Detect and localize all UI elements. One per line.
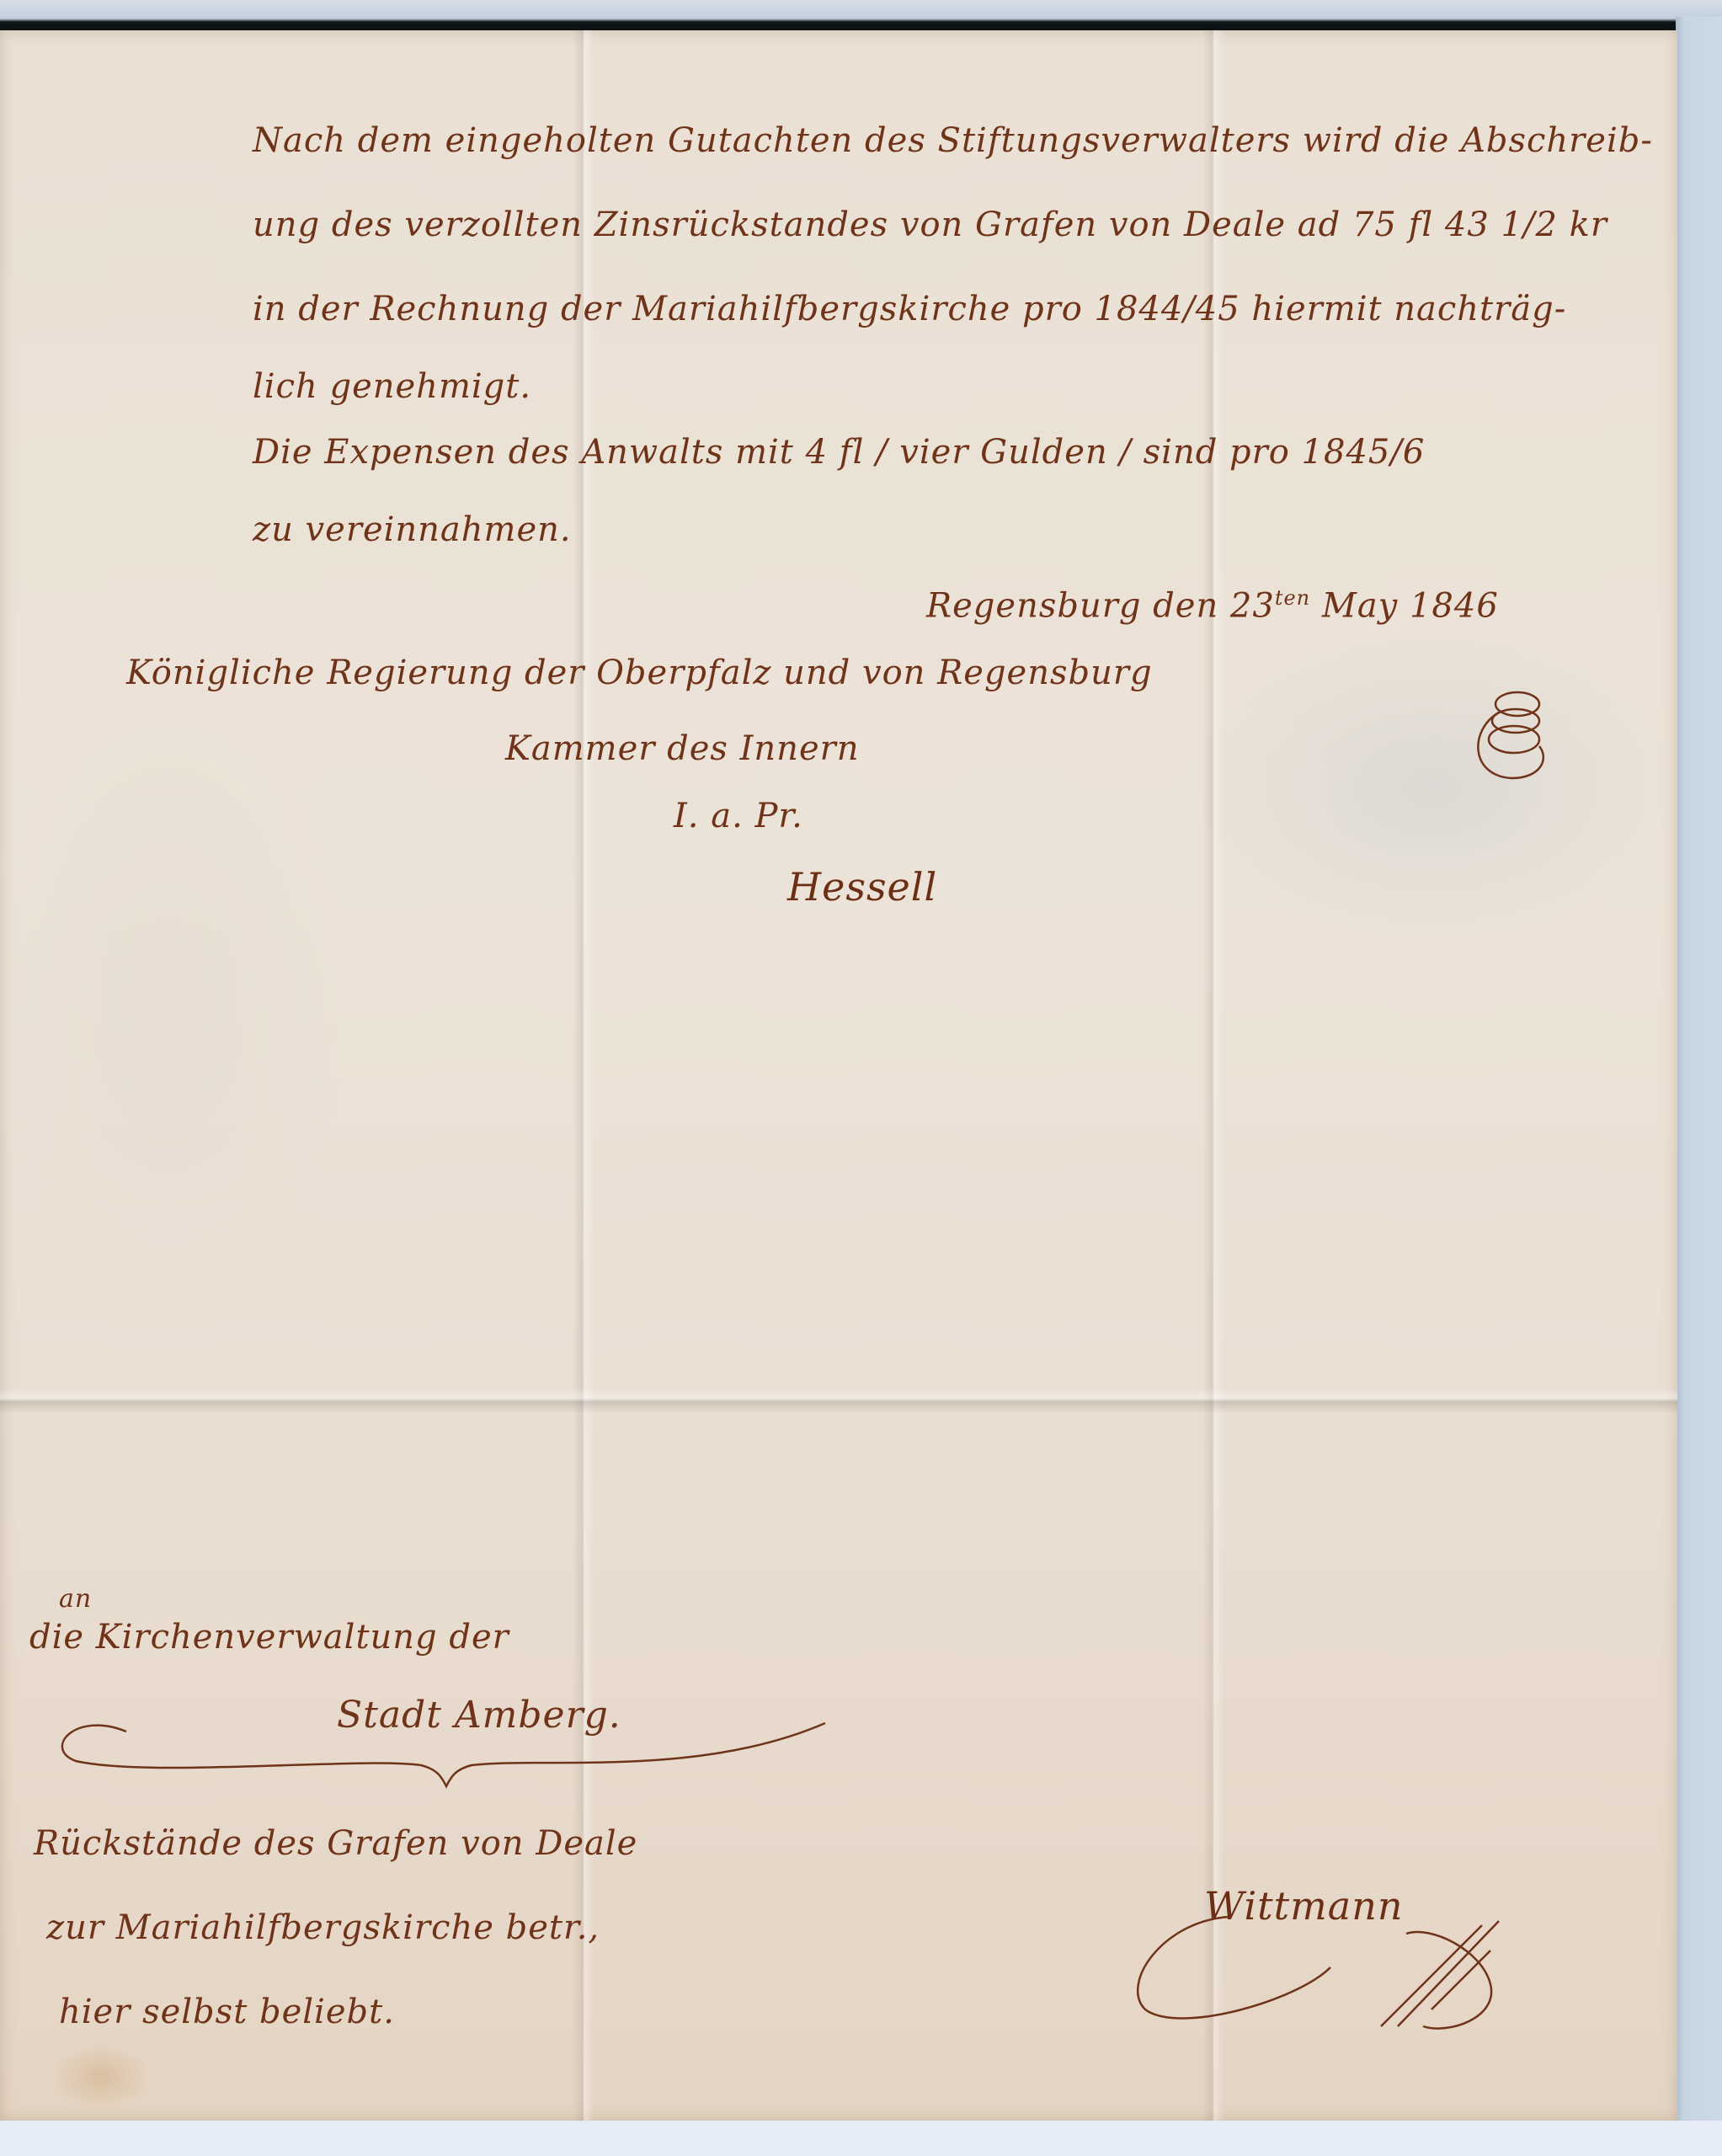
scanner-lid-edge [0, 0, 1722, 34]
dateline: Regensburg den 23ten May 1846 [926, 586, 1499, 625]
address-prefix: an [59, 1584, 92, 1614]
body-line-6: zu vereinnahmen. [253, 510, 572, 549]
address-recipient-line-1: die Kirchenverwaltung der [29, 1618, 509, 1657]
fold-line-vertical-right [1202, 30, 1224, 2121]
authority-line-1: Königliche Regierung der Oberpfalz und v… [126, 654, 1153, 692]
body-line-5: Die Expensen des Anwalts mit 4 fl / vier… [253, 433, 1425, 472]
subject-line-3: hier selbst beliebt. [59, 1993, 395, 2031]
body-line-1: Nach dem eingeholten Gutachten des Stift… [253, 121, 1653, 160]
dateline-day: 23 [1230, 586, 1275, 625]
dateline-month-year: May 1846 [1322, 586, 1499, 625]
body-line-2: ung des verzollten Zinsrückstandes von G… [253, 205, 1607, 244]
fold-line-vertical-left [573, 30, 594, 2121]
fold-line-horizontal [0, 1388, 1677, 1413]
letter-sheet: Nach dem eingeholten Gutachten des Stift… [0, 30, 1677, 2121]
body-line-3: in der Rechnung der Mariahilfbergskirche… [253, 290, 1566, 328]
paraph-flourish-icon [1465, 679, 1566, 788]
dateline-day-suffix: ten [1275, 586, 1310, 610]
authority-line-3: I. a. Pr. [674, 797, 803, 835]
scanner-background [1676, 17, 1722, 2122]
signature-loop-icon [1128, 1900, 1566, 2035]
underline-flourish-icon [25, 1715, 834, 1790]
subject-line-1: Rückstände des Grafen von Deale [34, 1824, 637, 1863]
authority-line-2: Kammer des Innern [505, 729, 860, 768]
subject-line-2: zur Mariahilfbergskirche betr., [46, 1908, 600, 1947]
dateline-place: Regensburg den [926, 586, 1218, 625]
scanner-background-bottom [0, 2121, 1722, 2156]
body-line-4: lich genehmigt. [253, 367, 531, 406]
water-stain [51, 2043, 152, 2111]
authority-signature: Hessell [787, 864, 937, 910]
